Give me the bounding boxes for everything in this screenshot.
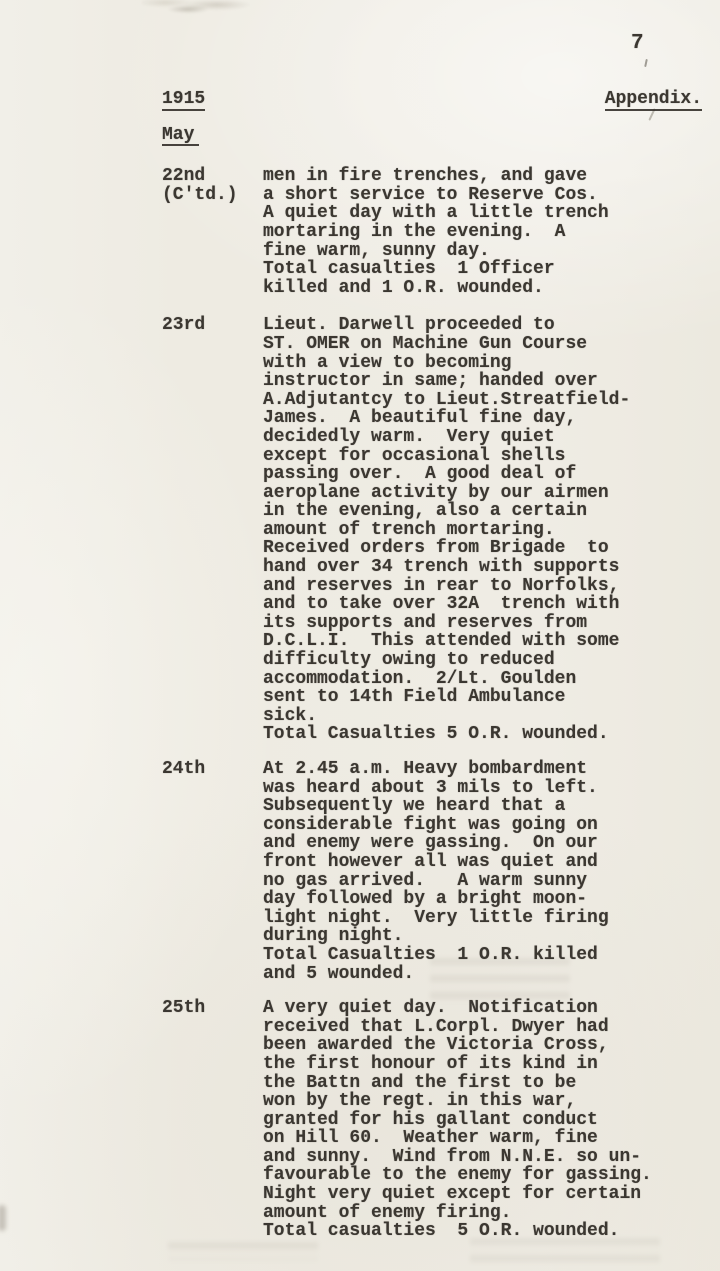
- entry-text-line: and enemy were gassing. On our: [263, 834, 702, 853]
- entry-text-line: instructor in same; handed over: [263, 372, 702, 391]
- entry-text-line: granted for his gallant conduct: [263, 1111, 702, 1130]
- entry-text-line: killed and 1 O.R. wounded.: [263, 279, 702, 298]
- entry-text-line: fine warm, sunny day.: [263, 242, 702, 261]
- entry-date: 23rd: [162, 316, 263, 744]
- year-heading: 1915: [162, 90, 205, 111]
- entry-text-line: front however all was quiet and: [263, 853, 702, 872]
- entry-text-line: and sunny. Wind from N.N.E. so un-: [263, 1148, 702, 1167]
- entry-text-line: and 5 wounded.: [263, 965, 702, 984]
- entry-text-line: with a view to becoming: [263, 354, 702, 373]
- entry-text-line: mortaring in the evening. A: [263, 223, 702, 242]
- entry-text-line: amount of enemy firing.: [263, 1204, 702, 1223]
- entry-text-line: sick.: [263, 707, 702, 726]
- entry-date-line: 22nd: [162, 167, 263, 186]
- entry-text-line: passing over. A good deal of: [263, 465, 702, 484]
- entry-date: 25th: [162, 999, 263, 1241]
- entry-text-line: considerable fight was going on: [263, 816, 702, 835]
- entry-text-line: A.Adjutantcy to Lieut.Streatfield-: [263, 391, 702, 410]
- entry-date-line: 23rd: [162, 316, 263, 335]
- entry-text-line: ST. OMER on Machine Gun Course: [263, 335, 702, 354]
- pencil-smudge: [142, 0, 257, 18]
- entry-text-line: except for occasional shells: [263, 447, 702, 466]
- entry-text-line: the Battn and the first to be: [263, 1074, 702, 1093]
- diary-entry: 24th At 2.45 a.m. Heavy bombardmentwas h…: [162, 760, 702, 983]
- entry-text-line: At 2.45 a.m. Heavy bombardment: [263, 760, 702, 779]
- entry-date: 24th: [162, 760, 263, 983]
- entry-text-line: D.C.L.I. This attended with some: [263, 632, 702, 651]
- entry-text-line: favourable to the enemy for gassing.: [263, 1166, 702, 1185]
- entry-text-line: accommodation. 2/Lt. Goulden: [263, 670, 702, 689]
- entry-text-line: received that L.Corpl. Dwyer had: [263, 1018, 702, 1037]
- page-number: 7: [631, 33, 644, 54]
- appendix-heading: Appendix.: [605, 90, 702, 111]
- entry-text-line: Received orders from Brigade to: [263, 539, 702, 558]
- diary-entry: 22nd(C'td.) men in fire trenches, and ga…: [162, 167, 702, 297]
- page-content: 1915 Appendix. May 22nd(C'td.) men in fi…: [162, 90, 702, 1257]
- entry-text-line: Total casualties 5 O.R. wounded.: [263, 1222, 702, 1241]
- edge-smudge: [0, 1205, 6, 1231]
- entry-text-line: during night.: [263, 927, 702, 946]
- entry-text-line: been awarded the Victoria Cross,: [263, 1036, 702, 1055]
- page-header: 1915 Appendix.: [162, 90, 702, 111]
- entry-text-line: A quiet day with a little trench: [263, 204, 702, 223]
- entry-text: At 2.45 a.m. Heavy bombardmentwas heard …: [263, 760, 702, 983]
- entry-text-line: was heard about 3 mils to left.: [263, 779, 702, 798]
- entry-text-line: Subsequently we heard that a: [263, 797, 702, 816]
- entry-text-line: Total Casualties 1 O.R. killed: [263, 946, 702, 965]
- entry-text-line: hand over 34 trench with supports: [263, 558, 702, 577]
- month-row: May: [162, 126, 702, 147]
- diary-entry: 25th A very quiet day. Notificationrecei…: [162, 999, 702, 1241]
- entry-text-line: James. A beautiful fine day,: [263, 409, 702, 428]
- entry-date-line: (C'td.): [162, 186, 263, 205]
- entry-date-line: 25th: [162, 999, 263, 1018]
- entry-text-line: the first honour of its kind in: [263, 1055, 702, 1074]
- entry-text-line: Total Casualties 5 O.R. wounded.: [263, 725, 702, 744]
- stray-mark: [644, 59, 648, 67]
- entry-text-line: its supports and reserves from: [263, 614, 702, 633]
- entry-text-line: and reserves in rear to Norfolks,: [263, 577, 702, 596]
- entry-text: Lieut. Darwell proceeded toST. OMER on M…: [263, 316, 702, 744]
- entry-text-line: amount of trench mortaring.: [263, 521, 702, 540]
- diary-entry: 23rd Lieut. Darwell proceeded toST. OMER…: [162, 316, 702, 744]
- entry-text-line: and to take over 32A trench with: [263, 595, 702, 614]
- scanned-diary-page: 7 1915 Appendix. May 22nd(C'td.) men in …: [0, 0, 720, 1271]
- entries: 22nd(C'td.) men in fire trenches, and ga…: [162, 167, 702, 1241]
- entry-text: A very quiet day. Notificationreceived t…: [263, 999, 702, 1241]
- entry-text-line: Total casualties 1 Officer: [263, 260, 702, 279]
- entry-text-line: Night very quiet except for certain: [263, 1185, 702, 1204]
- entry-text-line: won by the regt. in this war,: [263, 1092, 702, 1111]
- month-heading: May: [162, 126, 199, 147]
- entry-text-line: A very quiet day. Notification: [263, 999, 702, 1018]
- entry-text-line: in the evening, also a certain: [263, 502, 702, 521]
- entry-date-line: 24th: [162, 760, 263, 779]
- entry-text-line: difficulty owing to reduced: [263, 651, 702, 670]
- entry-text-line: decidedly warm. Very quiet: [263, 428, 702, 447]
- entry-date: 22nd(C'td.): [162, 167, 263, 297]
- entry-text-line: on Hill 60. Weather warm, fine: [263, 1129, 702, 1148]
- entry-text-line: no gas arrived. A warm sunny: [263, 872, 702, 891]
- entry-text-line: aeroplane activity by our airmen: [263, 484, 702, 503]
- entry-text-line: men in fire trenches, and gave: [263, 167, 702, 186]
- entry-text-line: Lieut. Darwell proceeded to: [263, 316, 702, 335]
- entry-text-line: light night. Very little firing: [263, 909, 702, 928]
- entry-text-line: a short service to Reserve Cos.: [263, 186, 702, 205]
- entry-text-line: day followed by a bright moon-: [263, 890, 702, 909]
- entry-text-line: sent to 14th Field Ambulance: [263, 688, 702, 707]
- entry-text: men in fire trenches, and gavea short se…: [263, 167, 702, 297]
